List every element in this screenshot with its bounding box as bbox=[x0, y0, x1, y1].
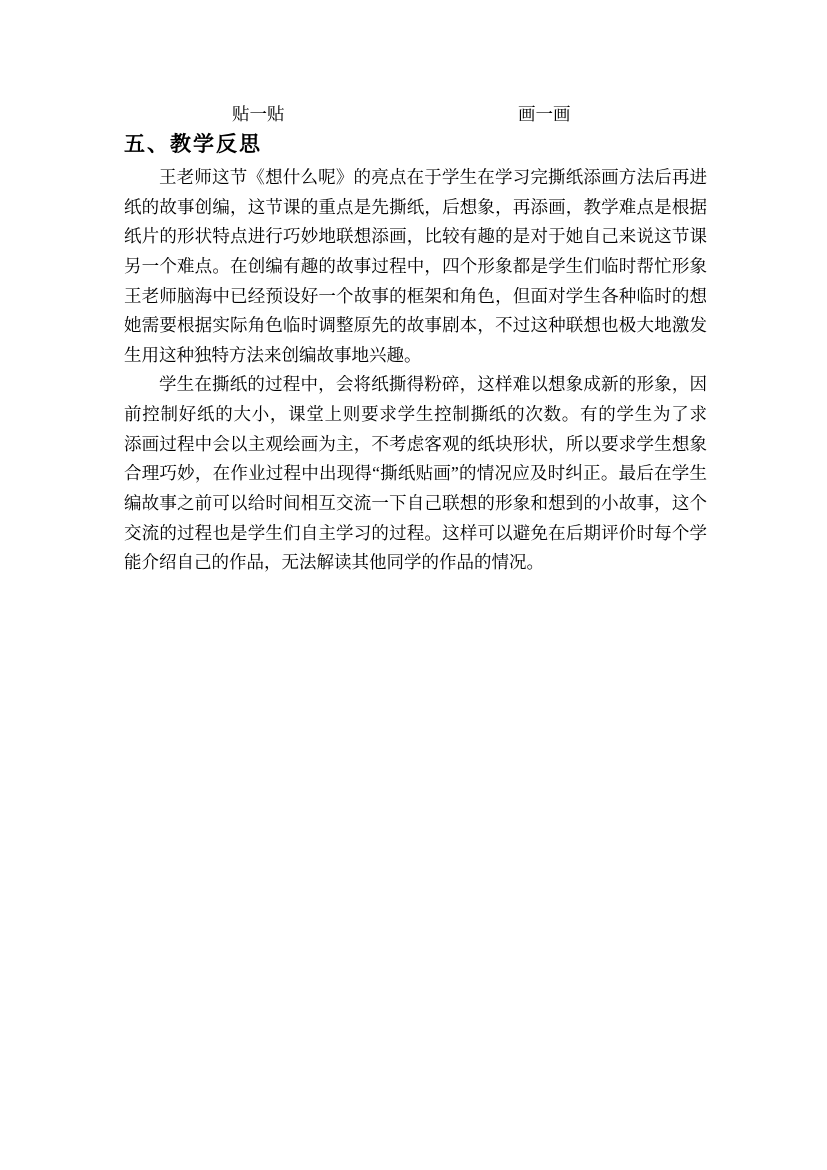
text-line: 王老师这节《想什么呢》的亮点在于学生在学习完撕纸添画方法后再进行撕 bbox=[124, 163, 707, 193]
text-line: 王老师脑海中已经预设好一个故事的框架和角色，但面对学生各种临时的想象， bbox=[124, 282, 707, 312]
text-line: 添画过程中会以主观绘画为主，不考虑客观的纸块形状，所以要求学生想象得要 bbox=[124, 430, 707, 460]
text-line: 纸片的形状特点进行巧妙地联想添画，比较有趣的是对于她自己来说这节课存在 bbox=[124, 222, 707, 252]
paragraph-2: 学生在撕纸的过程中，会将纸撕得粉碎，这样难以想象成新的形象，因此课 前控制好纸的… bbox=[124, 370, 707, 577]
caption-tie-yi-tie: 贴一贴 bbox=[232, 103, 285, 125]
text-line: 交流的过程也是学生们自主学习的过程。这样可以避免在后期评价时每个学生只 bbox=[124, 519, 707, 549]
text-line: 她需要根据实际角色临时调整原先的故事剧本，不过这种联想也极大地激发了学 bbox=[124, 311, 707, 341]
text-line: 另一个难点。在创编有趣的故事过程中，四个形象都是学生们临时帮忙形象的， bbox=[124, 252, 707, 282]
text-line: 前控制好纸的大小，课堂上则要求学生控制撕纸的次数。有的学生为了求新，在 bbox=[124, 400, 707, 430]
section-heading: 五、教学反思 bbox=[124, 128, 262, 158]
text-line: 学生在撕纸的过程中，会将纸撕得粉碎，这样难以想象成新的形象，因此课 bbox=[124, 370, 707, 400]
text-line: 合理巧妙，在作业过程中出现得“撕纸贴画”的情况应及时纠正。最后在学生创 bbox=[124, 459, 707, 489]
caption-hua-yi-hua: 画一画 bbox=[518, 103, 571, 125]
document-page: 贴一贴 画一画 五、教学反思 王老师这节《想什么呢》的亮点在于学生在学习完撕纸添… bbox=[0, 0, 827, 1170]
text-line: 能介绍自己的作品，无法解读其他同学的作品的情况。 bbox=[124, 548, 707, 578]
body-text: 王老师这节《想什么呢》的亮点在于学生在学习完撕纸添画方法后再进行撕 纸的故事创编… bbox=[124, 163, 707, 578]
text-line: 纸的故事创编，这节课的重点是先撕纸，后想象，再添画，教学难点是根据撕出 bbox=[124, 193, 707, 223]
text-line: 生用这种独特方法来创编故事地兴趣。 bbox=[124, 341, 707, 371]
text-line: 编故事之前可以给时间相互交流一下自己联想的形象和想到的小故事，这个讨论 bbox=[124, 489, 707, 519]
paragraph-1: 王老师这节《想什么呢》的亮点在于学生在学习完撕纸添画方法后再进行撕 纸的故事创编… bbox=[124, 163, 707, 370]
